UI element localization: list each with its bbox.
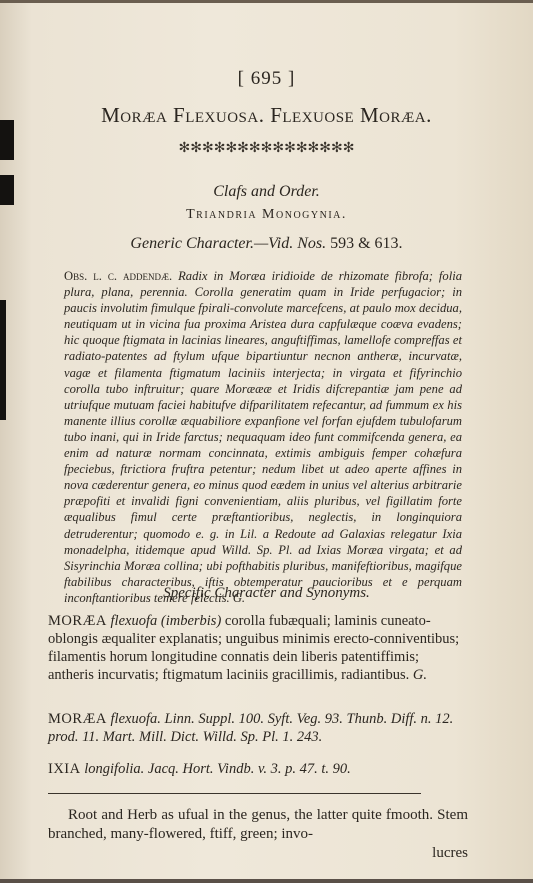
- obs-lead: Obs. l. c. addendæ.: [64, 269, 172, 283]
- book-page: [ 695 ] Moræa Flexuosa. Flexuose Moræa. …: [0, 0, 533, 883]
- synonym-text: Linn. Suppl. 100. Syft. Veg. 93. Thunb. …: [48, 711, 453, 745]
- synonym-author: G.: [413, 667, 427, 683]
- page-bottom-edge: [0, 879, 533, 883]
- description-text: Root and Herb as ufual in the genus, the…: [48, 806, 468, 844]
- synonym-entry: MORÆA flexuofa (imberbis) corolla fubæqu…: [48, 612, 468, 684]
- class-heading: Clafs and Order.: [0, 183, 533, 201]
- synonym-entry: MORÆA flexuofa. Linn. Suppl. 100. Syft. …: [48, 710, 468, 746]
- horizontal-rule: [48, 793, 421, 794]
- page-number: [ 695 ]: [0, 68, 533, 90]
- ornament-divider: ✻✻✻✻✻✻✻✻✻✻✻✻✻✻✻: [0, 140, 533, 157]
- synonym-entry: IXIA longifolia. Jacq. Hort. Vindb. v. 3…: [48, 760, 468, 778]
- torn-edge: [0, 300, 6, 420]
- page-title: Moræa Flexuosa. Flexuose Moræa.: [0, 103, 533, 128]
- generic-numbers: 593 & 613.: [330, 235, 402, 252]
- specific-heading: Specific Character and Synonyms.: [0, 585, 533, 602]
- synonym-text: Jacq. Hort. Vindb. v. 3. p. 47. t. 90.: [148, 761, 351, 777]
- page-top-edge: [0, 0, 533, 3]
- synonym-genus: MORÆA: [48, 613, 107, 629]
- class-value: Triandria Monogynia.: [0, 207, 533, 223]
- observation-paragraph: Obs. l. c. addendæ. Radix in Moræa iridi…: [64, 268, 462, 606]
- synonym-genus: MORÆA: [48, 711, 107, 727]
- generic-label: Generic Character.—Vid. Nos.: [130, 235, 326, 252]
- generic-character: Generic Character.—Vid. Nos. 593 & 613.: [0, 235, 533, 253]
- catchword: lucres: [48, 844, 468, 863]
- obs-text: Radix in Moræa iridioide de rhizomate fi…: [64, 269, 462, 605]
- synonym-species: flexuofa.: [111, 711, 161, 727]
- description-paragraph: Root and Herb as ufual in the genus, the…: [48, 806, 468, 863]
- synonym-genus: IXIA: [48, 761, 81, 777]
- synonym-species: longifolia.: [84, 761, 144, 777]
- synonym-species: flexuofa (imberbis): [111, 613, 222, 629]
